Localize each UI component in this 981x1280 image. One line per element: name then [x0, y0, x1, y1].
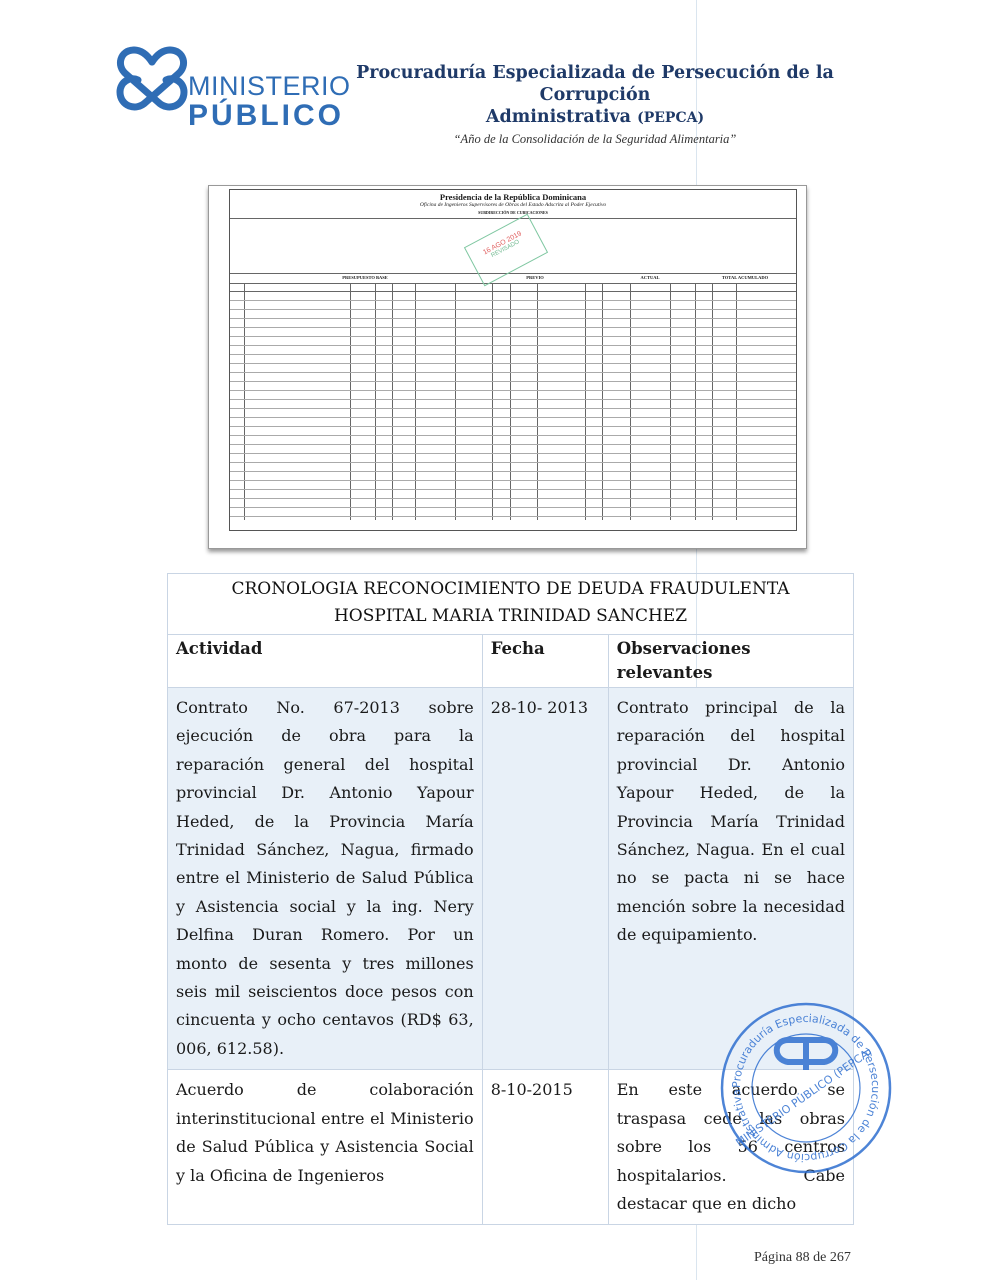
cell-actividad: Acuerdo de colaboración interinstitucion…: [168, 1070, 483, 1225]
form-grid-line: [230, 471, 796, 472]
logo-line-publico: PÚBLICO: [188, 100, 351, 132]
header-acronym: (PEPCA): [637, 110, 704, 126]
header-title-word: Administrativa: [486, 107, 631, 127]
scanned-form-section: SUBDIRECCIÓN DE CUBICACIONES: [230, 210, 796, 215]
form-grid-line: [230, 399, 796, 400]
form-grid-line: [230, 381, 796, 382]
form-grid-line: [230, 390, 796, 391]
header-title-line2: Administrativa (PEPCA): [330, 106, 860, 129]
form-grid-line: [230, 507, 796, 508]
column-header-observaciones: Observaciones relevantes: [608, 635, 853, 688]
scanned-cubicacion-form: Presidencia de la República Dominicana O…: [208, 185, 807, 549]
form-grid-line: [230, 336, 796, 337]
scanned-form-frame: Presidencia de la República Dominicana O…: [229, 189, 797, 531]
form-grid-line: [230, 444, 796, 445]
document-header: Procuraduría Especializada de Persecució…: [330, 62, 860, 149]
form-grid-line: [230, 516, 796, 517]
form-grid-line: [230, 363, 796, 364]
form-grid-line: [230, 462, 796, 463]
form-divider: [230, 218, 796, 219]
form-divider: [230, 273, 796, 274]
logo-line-ministerio: MINISTERIO: [188, 72, 351, 100]
form-grid-line: [230, 372, 796, 373]
header-title-line1: Procuraduría Especializada de Persecució…: [330, 62, 860, 106]
stamp-date: 16 AGO 2019: [470, 224, 535, 263]
table-title: CRONOLOGIA RECONOCIMIENTO DE DEUDA FRAUD…: [168, 574, 854, 635]
scanned-form-title: Presidencia de la República Dominicana: [230, 192, 796, 202]
header-motto: “Año de la Consolidación de la Seguridad…: [330, 129, 860, 149]
cell-fecha: 8-10-2015: [482, 1070, 608, 1225]
cell-actividad: Contrato No. 67-2013 sobre ejecución de …: [168, 688, 483, 1070]
form-grid-line: [230, 300, 796, 301]
form-grid-line: [230, 480, 796, 481]
cell-fecha: 28-10- 2013: [482, 688, 608, 1070]
form-grid-line: [230, 426, 796, 427]
form-grid-line: [230, 318, 796, 319]
form-grid-line: [230, 345, 796, 346]
form-grid-line: [230, 327, 796, 328]
form-grid-line: [230, 498, 796, 499]
page-number: Página 88 de 267: [754, 1250, 851, 1266]
logo-wordmark: MINISTERIO PÚBLICO: [188, 72, 351, 132]
scanned-form-subtitle: Oficina de Ingenieros Supervisores de Ob…: [230, 202, 796, 208]
group-previo: PREVIO: [495, 275, 575, 280]
group-presupuesto-base: PRESUPUESTO BASE: [290, 275, 440, 280]
form-grid-line: [230, 417, 796, 418]
ministerio-publico-logo-icon: [112, 40, 192, 120]
form-grid-line: [230, 408, 796, 409]
pepca-official-seal-icon: Procuraduría Especializada de Persecució…: [718, 1000, 894, 1176]
form-grid-line: [230, 435, 796, 436]
form-grid-line: [230, 309, 796, 310]
column-header-fecha: Fecha: [482, 635, 608, 688]
group-total-acumulado: TOTAL ACUMULADO: [695, 275, 795, 280]
column-header-actividad: Actividad: [168, 635, 483, 688]
table-title-line1: CRONOLOGIA RECONOCIMIENTO DE DEUDA FRAUD…: [168, 576, 853, 603]
form-grid-line: [230, 354, 796, 355]
form-grid-line: [230, 489, 796, 490]
group-actual: ACTUAL: [610, 275, 690, 280]
form-grid-line: [230, 453, 796, 454]
table-title-line2: HOSPITAL MARIA TRINIDAD SANCHEZ: [168, 603, 853, 630]
